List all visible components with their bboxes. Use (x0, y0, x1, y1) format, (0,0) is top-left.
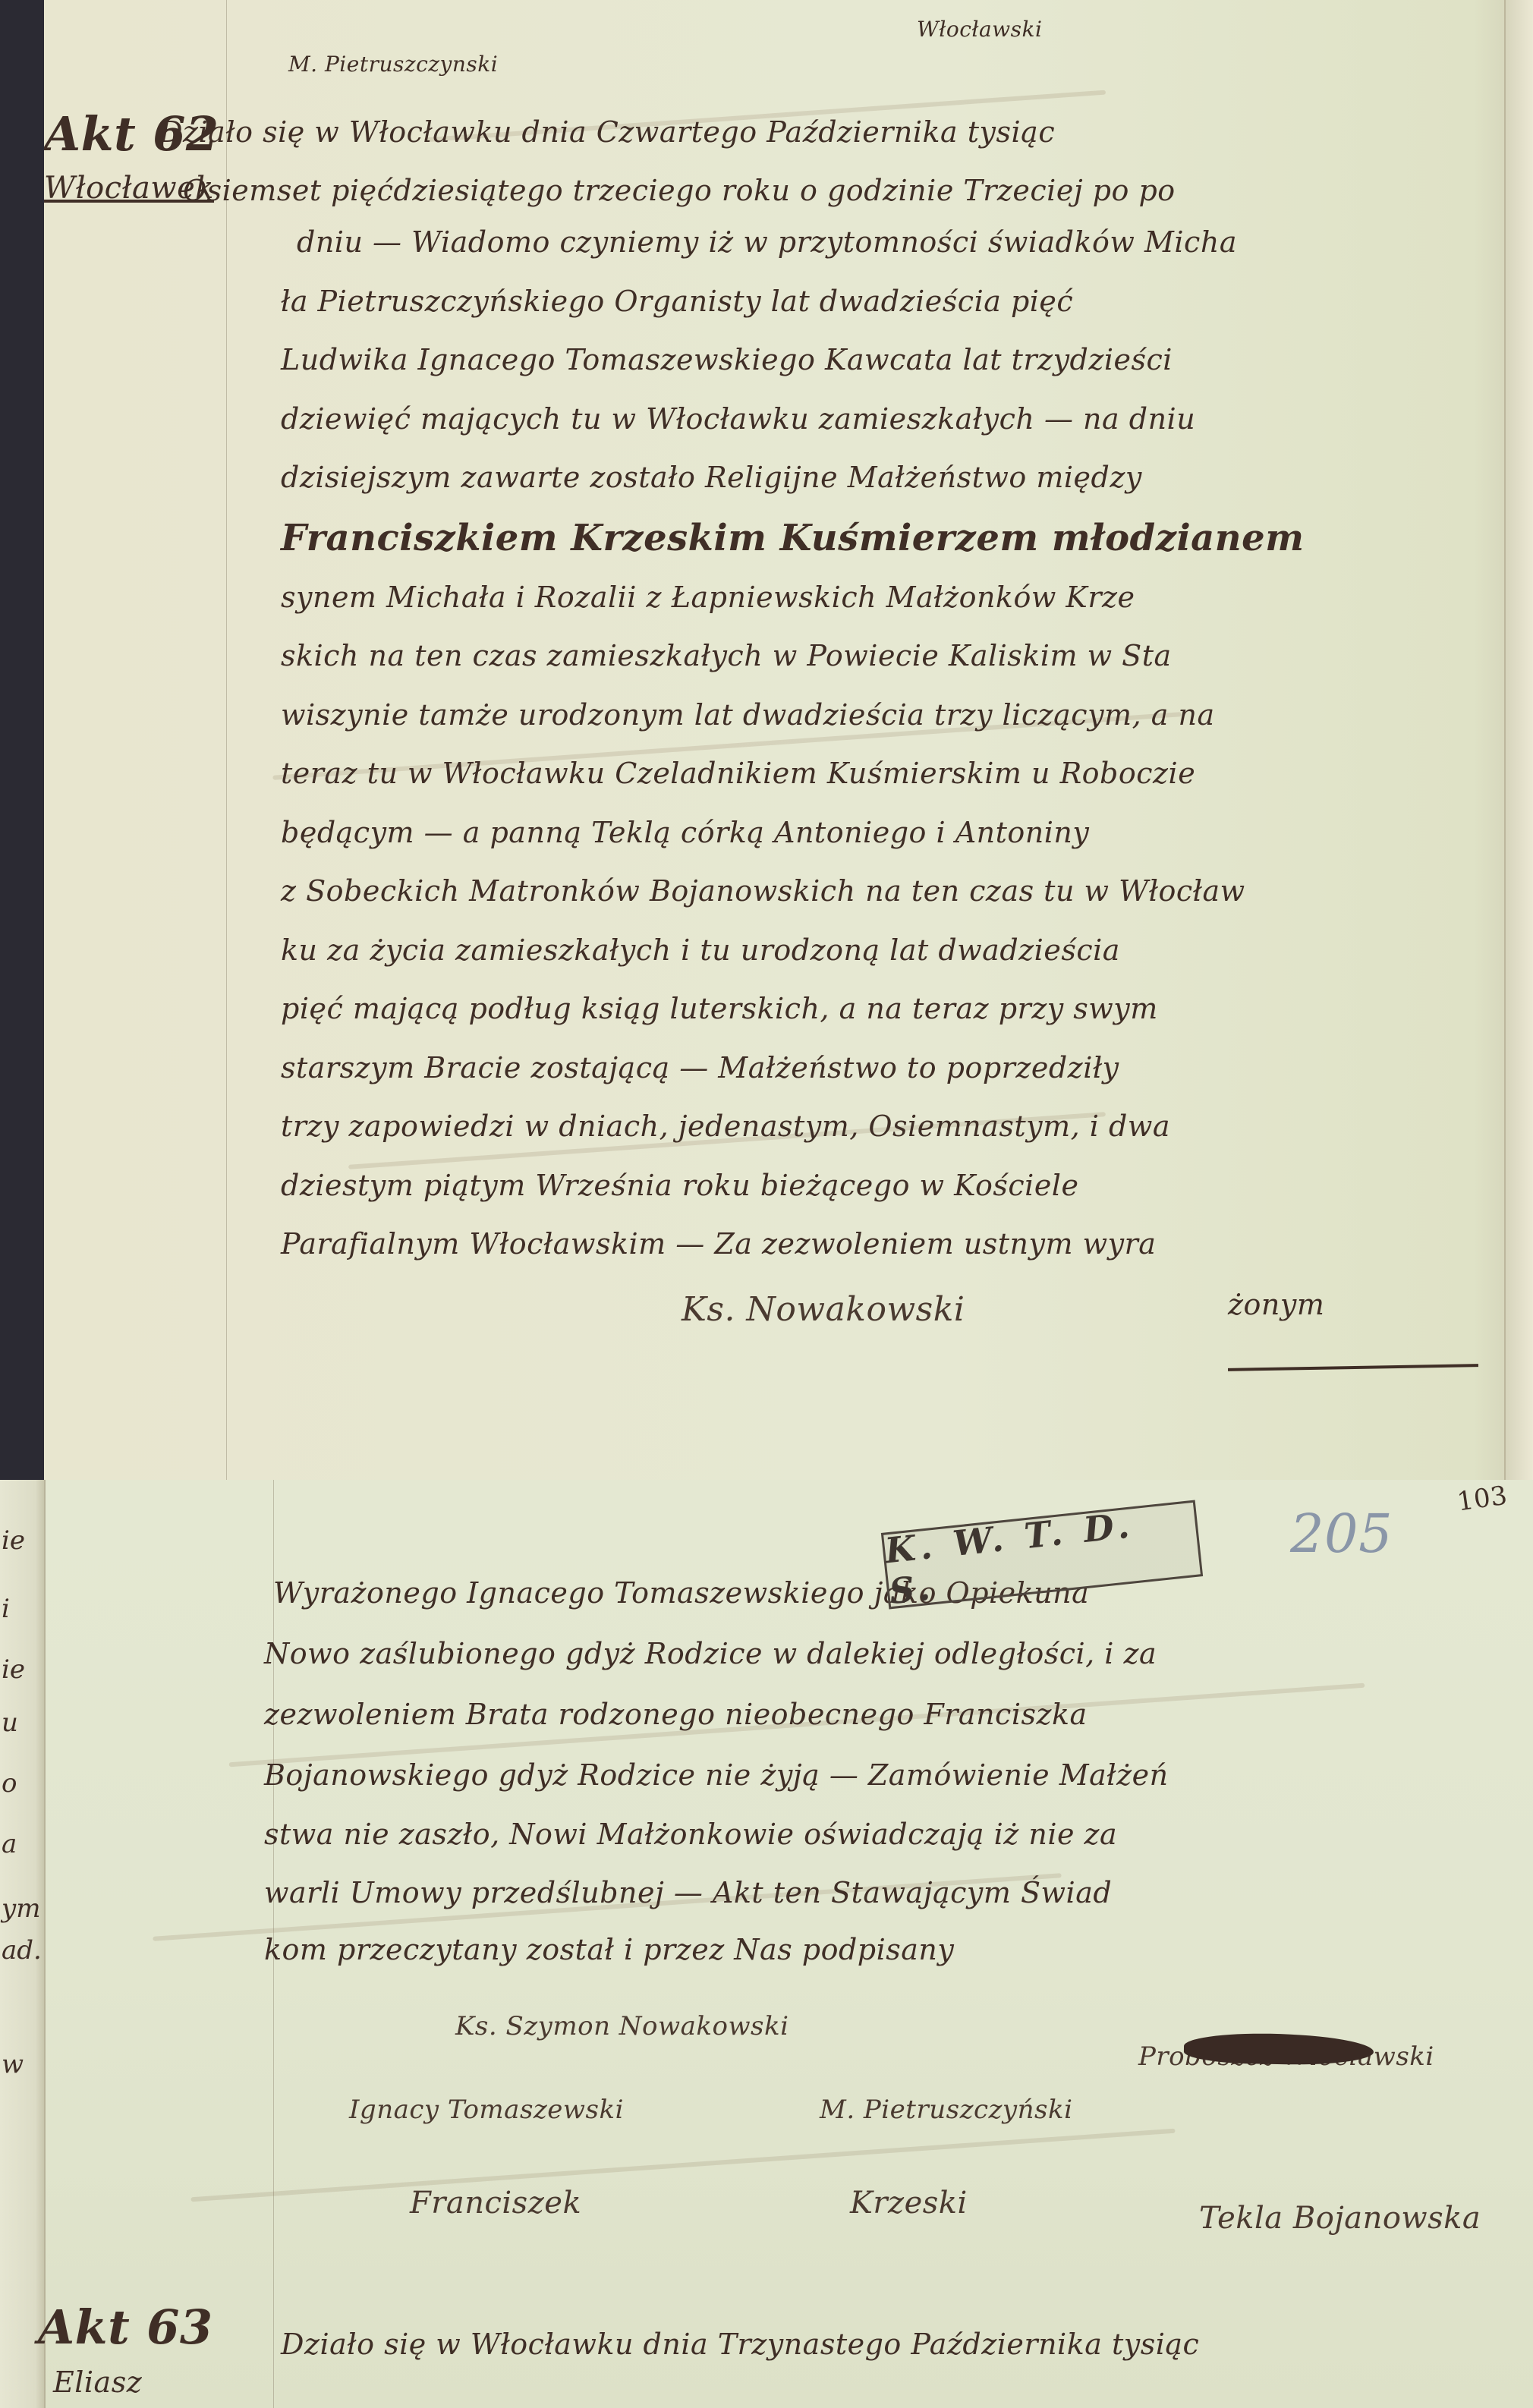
record-line: Ludwika Ignacego Tomaszewskiego Kawcata … (281, 345, 1173, 374)
signature-groom-last: Krzeski (850, 2186, 968, 2221)
record-line: starszym Bracie zostającą — Małżeństwo t… (281, 1053, 1119, 1082)
record-line: dziewięć mających tu w Włocławku zamiesz… (281, 404, 1195, 433)
signature-priest: Ks. Szymon Nowakowski (455, 2011, 789, 2041)
page-gutter (1504, 0, 1533, 1480)
record-line: skich na ten czas zamieszkałych w Powiec… (281, 641, 1172, 670)
next-act-margin-name: Eliasz (53, 2368, 142, 2397)
record-line: teraz tu w Włocławku Czeladnikiem Kuśmie… (281, 759, 1195, 788)
record-line: kom przeczytany został i przez Nas podpi… (264, 1935, 954, 1964)
record-line: Nowo zaślubionego gdyż Rodzice w dalekie… (264, 1639, 1157, 1668)
record-line: dzisiejszym zawarte zostało Religijne Ma… (281, 463, 1142, 492)
signature-flourish (1228, 1364, 1478, 1371)
margin-rule (226, 0, 227, 1480)
record-line: dziestym piątym Września roku bieżącego … (281, 1171, 1078, 1200)
record-line: zezwoleniem Brata rodzonego nieobecnego … (264, 1700, 1088, 1729)
ink-bleed (190, 2129, 1175, 2202)
header-right-text: Włocławski (917, 17, 1042, 42)
adjacent-page-fragment: ie (2, 1525, 25, 1556)
record-line: synem Michała i Rozalii z Łapniewskich M… (281, 583, 1135, 612)
next-act-number: Akt 63 (38, 2299, 213, 2355)
pencil-folio-number: 205 (1290, 1503, 1393, 1565)
adjacent-page-fragment: a (2, 1829, 17, 1859)
record-line: Parafialnym Włocławskim — Za zezwoleniem… (281, 1229, 1156, 1258)
adjacent-page-fragment: ym (2, 1893, 40, 1924)
record-line: Osiemset pięćdziesiątego trzeciego roku … (183, 176, 1176, 205)
next-act-line: Działo się w Włocławku dnia Trzynastego … (281, 2330, 1199, 2359)
signature-witness: Ignacy Tomaszewski (349, 2095, 624, 2125)
record-line: warli Umowy przedślubnej — Akt ten Stawa… (264, 1878, 1112, 1907)
adjacent-page-fragment: u (2, 1708, 18, 1738)
adjacent-page-fragment: ie (2, 1654, 25, 1685)
record-line: dniu — Wiadomo czyniemy iż w przytomnośc… (297, 228, 1237, 257)
record-line: stwa nie zaszło, Nowi Małżonkowie oświad… (264, 1820, 1117, 1849)
record-line: ła Pietruszczyńskiego Organisty lat dwad… (281, 287, 1073, 316)
adjacent-page-fragment: ad. (2, 1935, 42, 1966)
header-name: M. Pietruszczynski (288, 52, 498, 77)
record-line: pięć mającą podług ksiąg luterskich, a n… (281, 994, 1158, 1023)
officiant-signature: Ks. Nowakowski (682, 1290, 965, 1329)
record-line: ku za życia zamieszkałych i tu urodzoną … (281, 936, 1120, 965)
signature-groom-first: Franciszek (410, 2186, 581, 2221)
record-line: Działo się w Włocławku dnia Czwartego Pa… (159, 118, 1055, 146)
record-line: żonym (1228, 1290, 1324, 1319)
record-line: będącym — a panną Teklą córką Antoniego … (281, 818, 1089, 847)
record-line: wiszynie tamże urodzonym lat dwadzieścia… (281, 700, 1215, 729)
adjacent-page-fragment: i (2, 1594, 10, 1624)
adjacent-page-strip: ie i ie u o a ym ad. w (0, 1480, 46, 2408)
record-line: Bojanowskiego gdyż Rodzice nie żyją — Za… (264, 1761, 1169, 1789)
adjacent-page-fragment: w (2, 2049, 24, 2079)
signature-witness: M. Pietruszczyński (820, 2095, 1072, 2125)
record-line: z Sobeckich Matronków Bojanowskich na te… (281, 877, 1245, 905)
folio-number: 103 (1456, 1481, 1509, 1518)
record-line: trzy zapowiedzi w dniach, jedenastym, Os… (281, 1112, 1170, 1141)
document-page-top: M. Pietruszczynski Włocławski Akt 62 Wło… (44, 0, 1533, 1480)
adjacent-page-fragment: o (2, 1768, 17, 1799)
record-line-groom: Franciszkiem Krzeskim Kuśmierzem młodzia… (281, 520, 1305, 556)
document-page-bottom: ie i ie u o a ym ad. w 205 103 Wyrażoneg… (0, 1480, 1533, 2408)
signature-bride: Tekla Bojanowska (1199, 2201, 1481, 2236)
